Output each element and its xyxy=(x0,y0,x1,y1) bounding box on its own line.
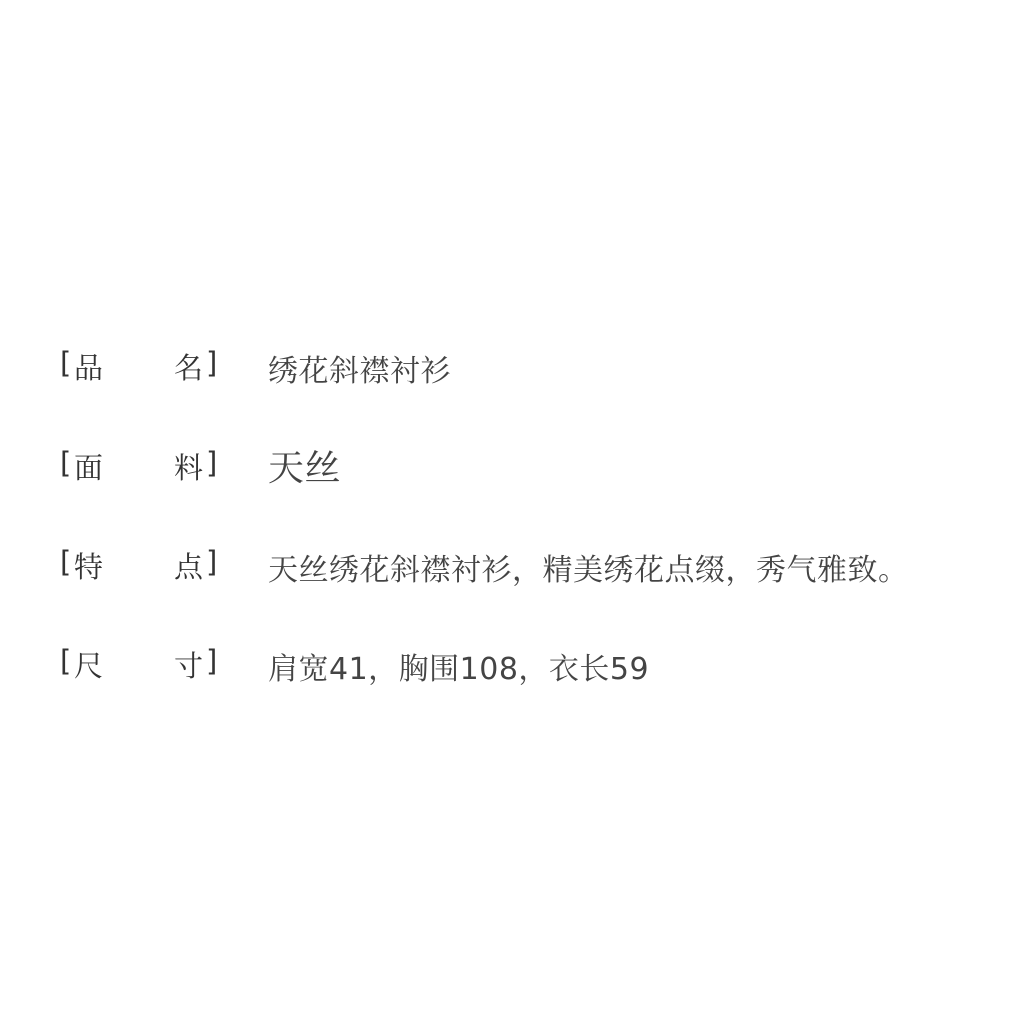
spec-row-fabric: [ 面 料 ] 天丝 xyxy=(0,438,1024,488)
spec-label: [ 尺 寸 ] xyxy=(60,636,230,686)
label-char: 品 xyxy=(74,346,103,387)
spec-row-size: [ 尺 寸 ] 肩宽41，胸围108，衣长59 xyxy=(0,636,1024,686)
label-char: 料 xyxy=(174,446,203,487)
spec-label: [ 特 点 ] xyxy=(60,537,230,587)
spec-row-product-name: [ 品 名 ] 绣花斜襟衬衫 xyxy=(0,338,1024,388)
label-char: 尺 xyxy=(74,644,103,685)
label-char: 寸 xyxy=(174,644,203,685)
bracket-close: ] xyxy=(206,346,217,380)
bracket-close: ] xyxy=(206,446,217,480)
label-char: 特 xyxy=(74,545,103,586)
bracket-open: [ xyxy=(60,545,71,579)
bracket-close: ] xyxy=(206,644,217,678)
label-char: 名 xyxy=(174,346,203,387)
bracket-close: ] xyxy=(206,545,217,579)
spec-value-size: 肩宽41，胸围108，衣长59 xyxy=(268,644,649,688)
spec-value-fabric: 天丝 xyxy=(268,440,341,491)
spec-label: [ 品 名 ] xyxy=(60,338,230,388)
spec-value-product-name: 绣花斜襟衬衫 xyxy=(268,346,451,390)
bracket-open: [ xyxy=(60,346,71,380)
label-char: 点 xyxy=(174,545,203,586)
product-spec-list: [ 品 名 ] 绣花斜襟衬衫 [ 面 料 ] 天丝 [ 特 点 ] 天丝绣花斜襟… xyxy=(0,0,1024,1024)
bracket-open: [ xyxy=(60,644,71,678)
label-char: 面 xyxy=(74,446,103,487)
bracket-open: [ xyxy=(60,446,71,480)
spec-row-features: [ 特 点 ] 天丝绣花斜襟衬衫，精美绣花点缀，秀气雅致。 xyxy=(0,537,1024,587)
spec-value-features: 天丝绣花斜襟衬衫，精美绣花点缀，秀气雅致。 xyxy=(268,545,909,589)
spec-label: [ 面 料 ] xyxy=(60,438,230,488)
